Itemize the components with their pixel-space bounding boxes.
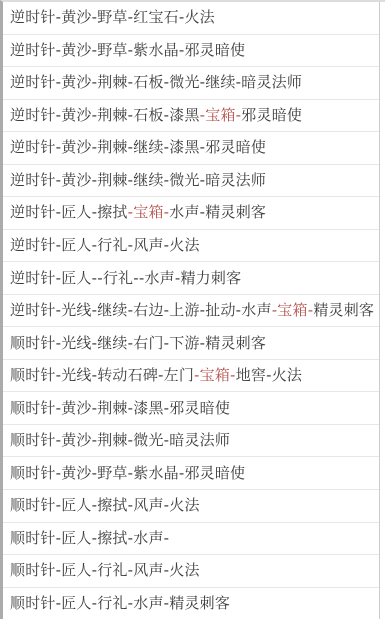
route-text: 逆时针-黄沙-荆棘-石板-微光-继续-暗灵法师 bbox=[10, 75, 302, 90]
route-list: 逆时针-黄沙-野草-红宝石-火法逆时针-黄沙-野草-紫水晶-邪灵暗使逆时针-黄沙… bbox=[3, 2, 380, 619]
treasure-chest-highlight: -宝箱- bbox=[128, 205, 170, 220]
route-text: 逆时针-黄沙-荆棘-石板-漆黑 bbox=[10, 108, 200, 123]
route-row: 顺时针-黄沙-荆棘-微光-暗灵法师 bbox=[3, 425, 379, 458]
route-row: 逆时针-黄沙-荆棘-石板-微光-继续-暗灵法师 bbox=[3, 67, 379, 100]
walkthrough-panel: 逆时针-黄沙-野草-红宝石-火法逆时针-黄沙-野草-紫水晶-邪灵暗使逆时针-黄沙… bbox=[0, 0, 385, 619]
route-text: 水声-精灵刺客 bbox=[169, 205, 266, 220]
route-text: 逆时针-黄沙-野草-红宝石-火法 bbox=[10, 10, 215, 25]
route-text: 逆时针-匠人-行礼-风声-火法 bbox=[10, 238, 200, 253]
route-row: 顺时针-黄沙-荆棘-漆黑-邪灵暗使 bbox=[3, 392, 379, 425]
treasure-chest-highlight: -宝箱- bbox=[194, 368, 236, 383]
route-row: 逆时针-匠人-擦拭-宝箱-水声-精灵刺客 bbox=[3, 197, 379, 230]
route-text: 顺时针-黄沙-荆棘-漆黑-邪灵暗使 bbox=[10, 401, 230, 416]
route-row: 顺时针-匠人-擦拭-水声- bbox=[3, 523, 379, 556]
route-row: 逆时针-黄沙-野草-红宝石-火法 bbox=[3, 2, 379, 35]
route-text: 顺时针-光线-继续-右门-下游-精灵刺客 bbox=[10, 336, 266, 351]
route-text: 顺时针-光线-转动石碑-左门 bbox=[10, 368, 194, 383]
route-text: 顺时针-匠人-擦拭-风声-火法 bbox=[10, 498, 200, 513]
route-row: 顺时针-光线-转动石碑-左门-宝箱-地窖-火法 bbox=[3, 360, 379, 393]
route-text: 顺时针-匠人-擦拭-水声- bbox=[10, 531, 169, 546]
route-row: 逆时针-黄沙-荆棘-继续-漆黑-邪灵暗使 bbox=[3, 132, 379, 165]
route-row: 逆时针-匠人--行礼--水声-精力刺客 bbox=[3, 262, 379, 295]
route-text: 邪灵暗使 bbox=[241, 108, 302, 123]
route-row: 逆时针-黄沙-野草-紫水晶-邪灵暗使 bbox=[3, 35, 379, 68]
route-text: 逆时针-匠人-擦拭 bbox=[10, 205, 128, 220]
route-text: 逆时针-黄沙-荆棘-继续-微光-暗灵法师 bbox=[10, 173, 266, 188]
route-text: 地窖-火法 bbox=[236, 368, 302, 383]
route-text: 逆时针-黄沙-野草-紫水晶-邪灵暗使 bbox=[10, 43, 245, 58]
treasure-chest-highlight: -宝箱- bbox=[200, 108, 242, 123]
route-text: 逆时针-匠人--行礼--水声-精力刺客 bbox=[10, 271, 241, 286]
route-row: 顺时针-光线-继续-右门-下游-精灵刺客 bbox=[3, 327, 379, 360]
route-row: 逆时针-黄沙-荆棘-石板-漆黑-宝箱-邪灵暗使 bbox=[3, 100, 379, 133]
route-row: 顺时针-匠人-行礼-水声-精灵刺客 bbox=[3, 588, 379, 619]
route-row: 逆时针-黄沙-荆棘-继续-微光-暗灵法师 bbox=[3, 165, 379, 198]
route-text: 顺时针-黄沙-野草-紫水晶-邪灵暗使 bbox=[10, 466, 245, 481]
route-row: 逆时针-光线-继续-右边-上游-扯动-水声-宝箱-精灵刺客 bbox=[3, 295, 379, 328]
route-row: 逆时针-匠人-行礼-风声-火法 bbox=[3, 230, 379, 263]
route-row: 顺时针-黄沙-野草-紫水晶-邪灵暗使 bbox=[3, 457, 379, 490]
route-row: 顺时针-匠人-擦拭-风声-火法 bbox=[3, 490, 379, 523]
route-text: 顺时针-黄沙-荆棘-微光-暗灵法师 bbox=[10, 433, 230, 448]
route-text: 顺时针-匠人-行礼-风声-火法 bbox=[10, 563, 200, 578]
route-row: 顺时针-匠人-行礼-风声-火法 bbox=[3, 555, 379, 588]
route-text: 逆时针-黄沙-荆棘-继续-漆黑-邪灵暗使 bbox=[10, 140, 266, 155]
route-text: 逆时针-光线-继续-右边-上游-扯动-水声 bbox=[10, 303, 272, 318]
route-text: 精灵刺客 bbox=[313, 303, 374, 318]
treasure-chest-highlight: -宝箱- bbox=[272, 303, 314, 318]
route-text: 顺时针-匠人-行礼-水声-精灵刺客 bbox=[10, 596, 230, 611]
